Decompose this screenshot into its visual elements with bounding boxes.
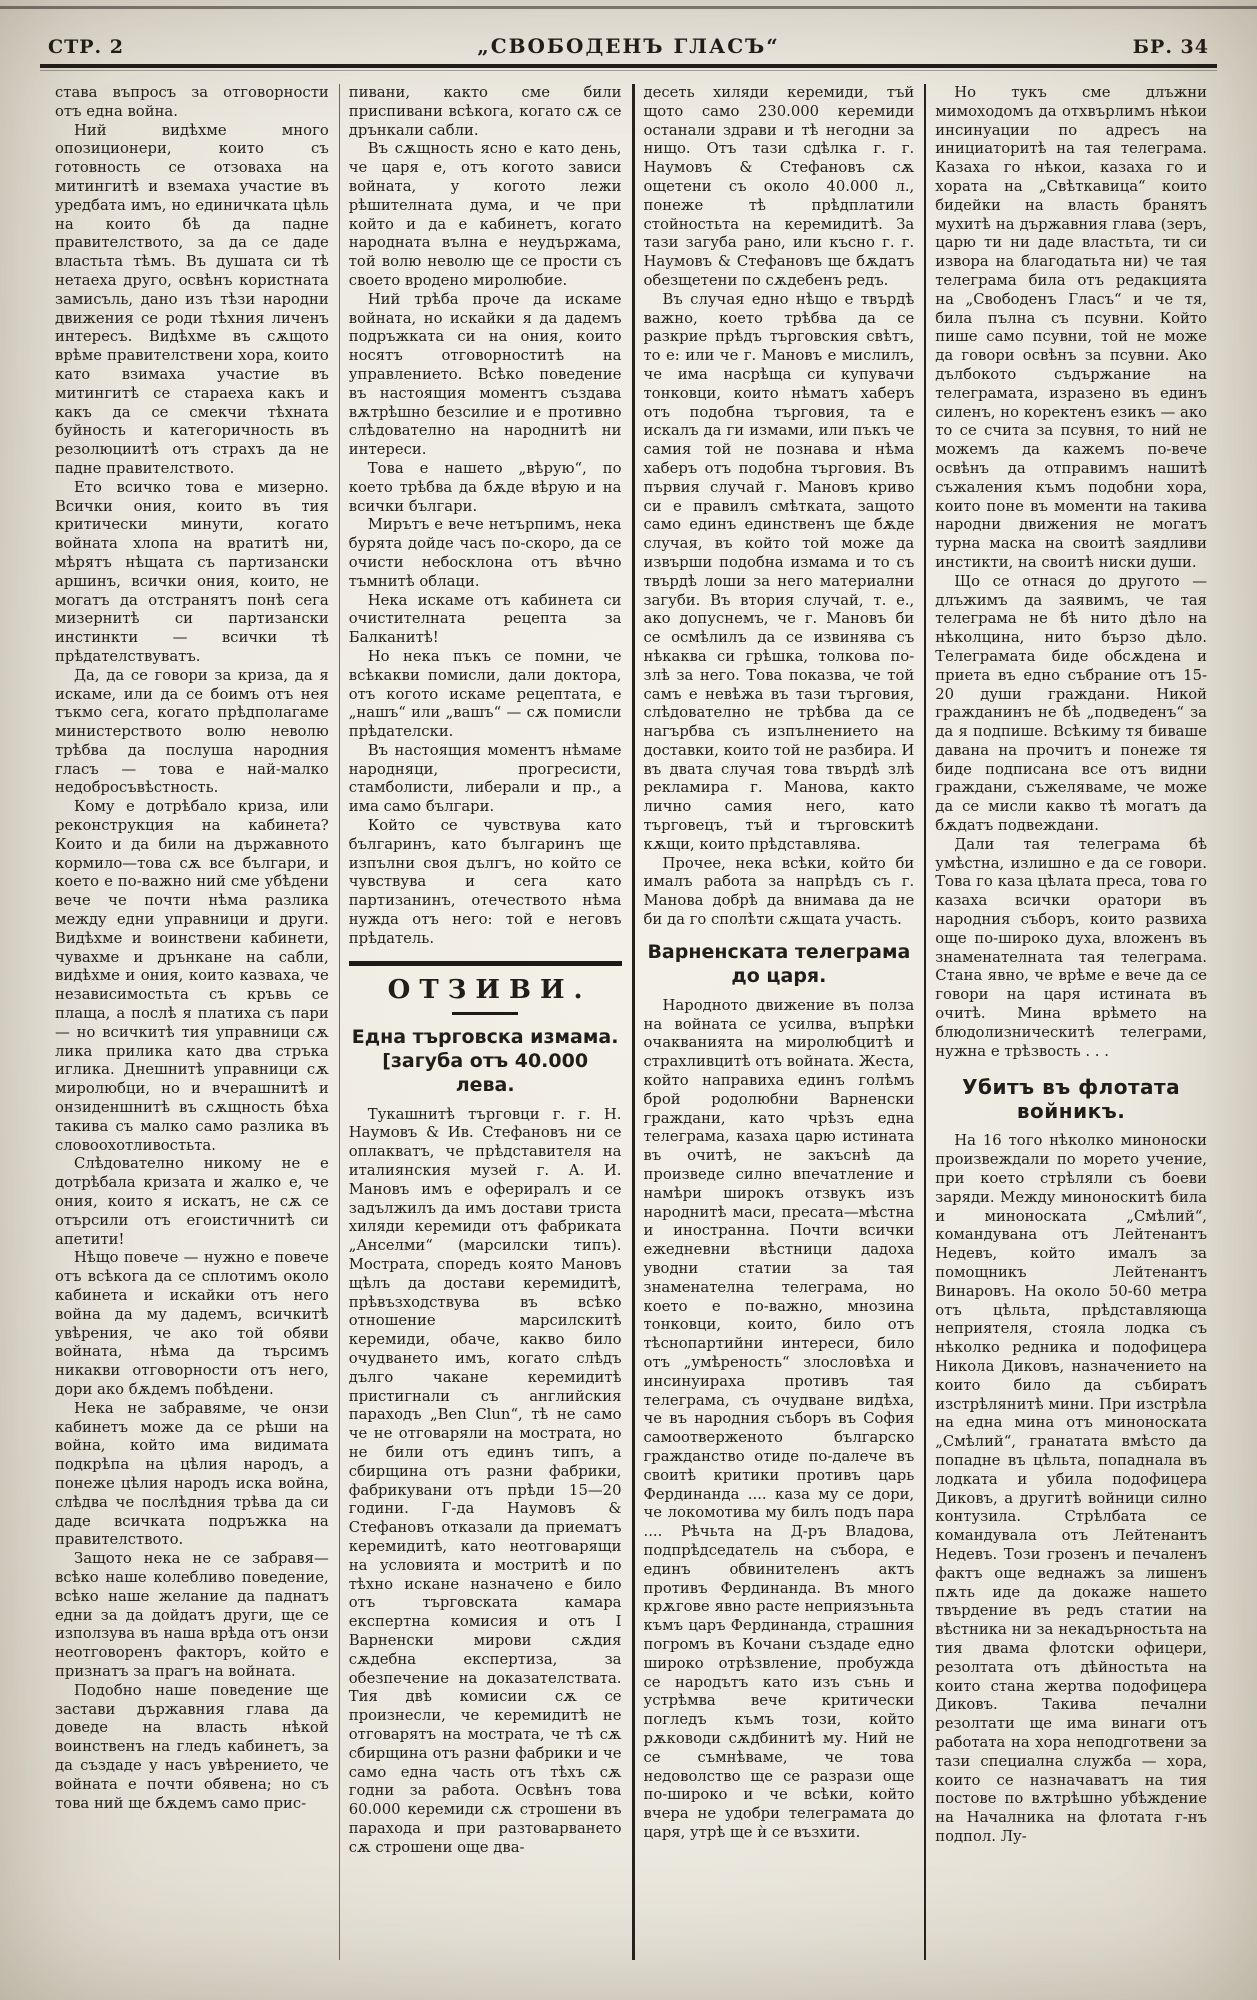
paragraph: Това е нашето „вѣрую“, по което трѣбва д… [349,460,622,516]
column-1: става въпросъ за отговорности отъ една в… [46,84,339,1960]
paragraph: Въ случая едно нѣщо е твърдѣ важно, коет… [644,291,915,855]
paragraph-continuation: става въпросъ за отговорности отъ една в… [55,84,329,122]
page-header: СТР. 2 „СВОБОДЕНЪ ГЛАСЪ“ БР. 34 [48,24,1209,58]
article-headline: Убитъ въ флотата войникъ. [937,1075,1205,1123]
columns-container: става въпросъ за отговорности отъ една в… [46,84,1217,1960]
paragraph: Кому е дотрѣбало криза, или реконструкци… [55,798,329,1155]
paragraph: Мирътъ е вече нетърпимъ, нека бурята дой… [349,516,622,591]
paragraph: Нѣщо повече — нужно е повече отъ всѣкога… [55,1249,329,1399]
paragraph: Слѣдователно никому не е дотрѣбала криза… [55,1155,329,1249]
paragraph: Ето всичко това е мизерно. Всички ония, … [55,479,329,667]
article-headline: Варненската телеграма до царя. [646,940,913,988]
scan-top-edge [0,6,1257,9]
paragraph: Ний трѣба проче да искаме войната, но ис… [349,291,622,460]
article-headline: Една търговска измама. [загуба отъ 40.00… [351,1025,620,1097]
paragraph: На 16 того нѣколко миноноски произвеждал… [935,1132,1207,1846]
header-rule [40,64,1217,68]
column-3: десеть хиляди керемиди, тъй щото само 23… [632,84,925,1960]
paragraph: Тукашнитѣ търговци г. г. Н. Наумовъ & Ив… [349,1106,622,1858]
issue-number-label: БР. 34 [1133,36,1209,58]
paragraph: Който се чувствува като българинъ, като … [349,817,622,949]
masthead-title: „СВОБОДЕНЪ ГЛАСЪ“ [48,34,1209,58]
paragraph: Народното движение въ полза на войната с… [644,997,915,1843]
paragraph: Ний видѣхме много опозиционери, които съ… [55,122,329,479]
column-2: пивани, както сме били приспивани всѣког… [339,84,632,1960]
paragraph: Нека искаме отъ кабинета си очистителнат… [349,592,622,648]
section-heading: ОТЗИВИ. [349,961,622,1015]
paragraph: Дали тая телеграма бѣ умѣстна, излишно е… [935,836,1207,1062]
column-4: Но тукъ сме длъжни мимоходомъ да отхвърл… [924,84,1217,1960]
paragraph-continuation: пивани, както сме били приспивани всѣког… [349,84,622,140]
paragraph: Прочее, нека всѣки, който би ималъ работ… [644,855,915,930]
paragraph: Въ настоящия моментъ нѣмаме народняци, п… [349,742,622,817]
paragraph: Нека не забравяме, че онзи кабинетъ може… [55,1400,329,1550]
paragraph: Но тукъ сме длъжни мимоходомъ да отхвърл… [935,84,1207,573]
paragraph: Да, да се говори за криза, да я искаме, … [55,667,329,799]
paragraph: Що се отнася до другото — длъжимъ да зая… [935,573,1207,836]
paragraph: Подобно наше поведение ще застави държав… [55,1682,329,1814]
paragraph-continuation: десеть хиляди керемиди, тъй щото само 23… [644,84,915,291]
paragraph: Защото нека не се забравя—всѣко наше кол… [55,1550,329,1682]
paragraph: Но нека пъкъ се помни, че всѣкакви помис… [349,648,622,742]
newspaper-page: СТР. 2 „СВОБОДЕНЪ ГЛАСЪ“ БР. 34 става въ… [0,0,1257,2000]
paragraph: Въ сѫщность ясно е като день, че царя е,… [349,140,622,290]
